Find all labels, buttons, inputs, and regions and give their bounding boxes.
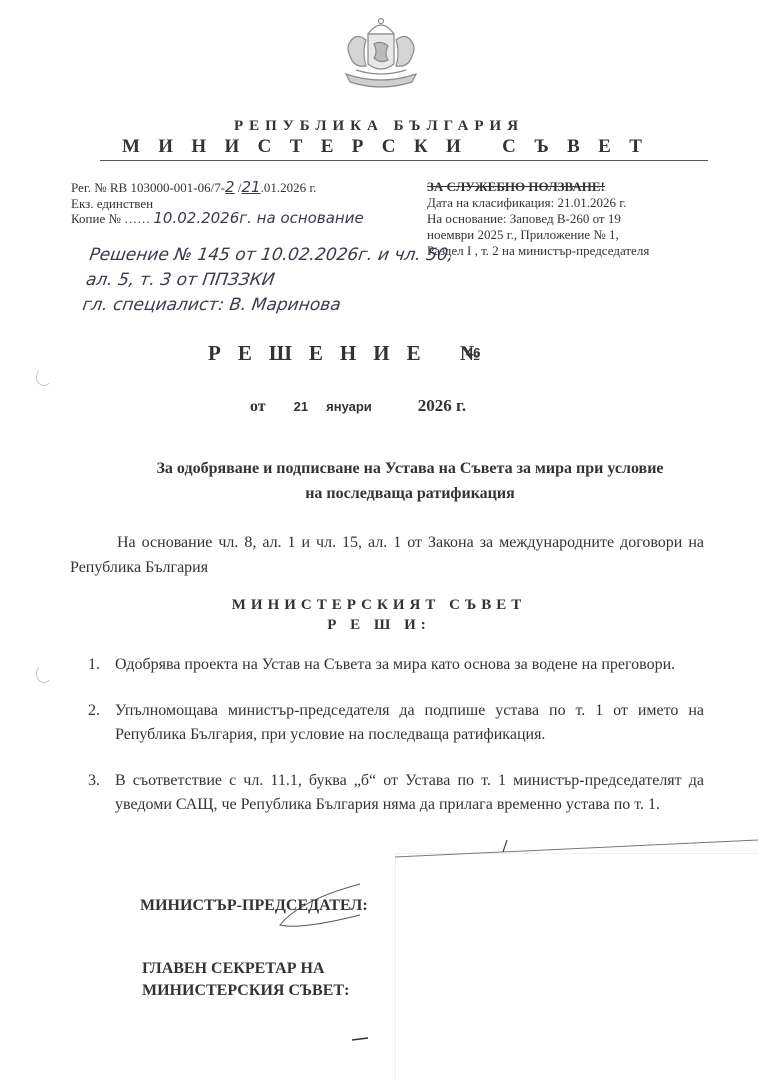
secretary-line: ГЛАВЕН СЕКРЕТАР НА [142, 958, 349, 980]
signature-strokes [0, 0, 758, 1080]
punch-hole-mark [36, 665, 52, 683]
secretary-signature-label: ГЛАВЕН СЕКРЕТАР НА МИНИСТЕРСКИЯ СЪВЕТ: [142, 958, 349, 1002]
punch-hole-mark [36, 368, 52, 386]
prime-minister-signature-label: МИНИСТЪР-ПРЕДСЕДАТЕЛ: [140, 897, 368, 915]
secretary-line: МИНИСТЕРСКИЯ СЪВЕТ: [142, 980, 349, 1002]
